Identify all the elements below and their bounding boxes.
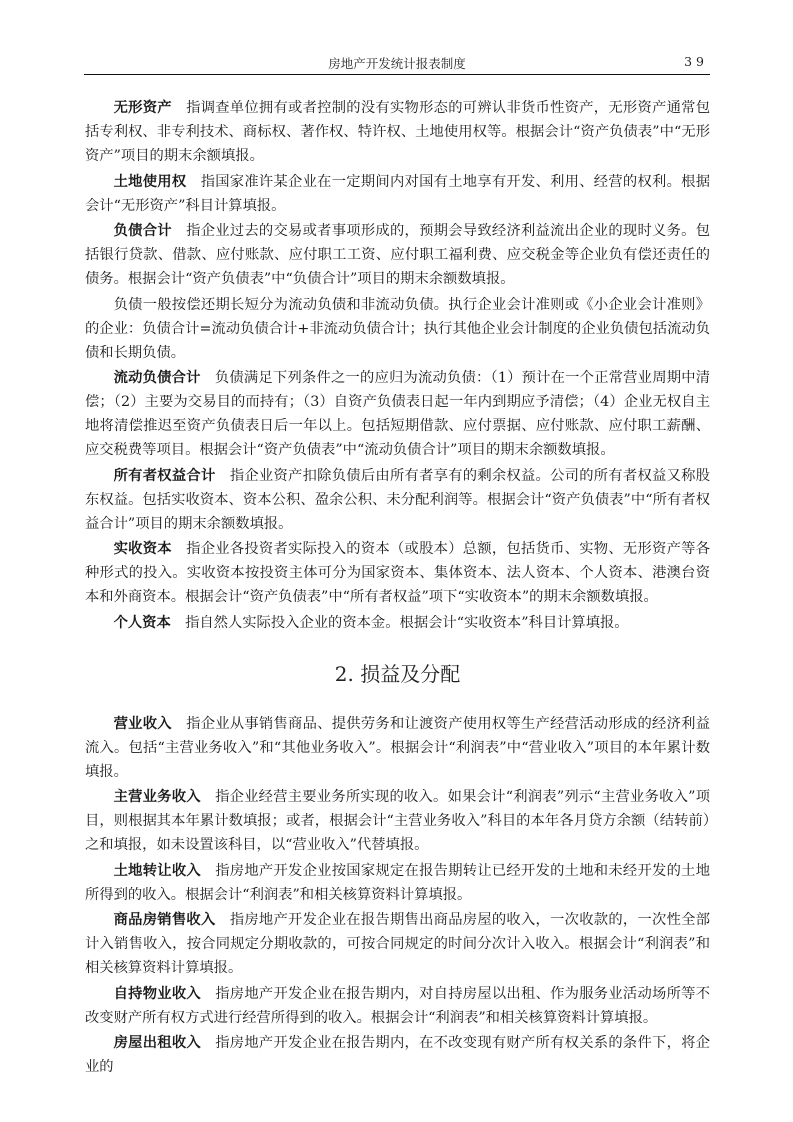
definition-term: 实收资本 <box>114 541 172 557</box>
section-balance-sheet-items: 无形资产指调查单位拥有或者控制的没有实物形态的可辨认非货币性资产，无形资产通常包… <box>85 96 710 635</box>
definition-text: 指企业各投资者实际投入的资本（或股本）总额，包括货币、实物、无形资产等各种形式的… <box>85 541 710 605</box>
definition-text: 指企业从事销售商品、提供劳务和让渡资产使用权等生产经营活动形成的经济利益流入。包… <box>85 716 710 780</box>
definition-paragraph: 营业收入指企业从事销售商品、提供劳务和让渡资产使用权等生产经营活动形成的经济利益… <box>85 712 710 784</box>
definition-term: 所有者权益合计 <box>114 468 216 484</box>
definition-paragraph: 商品房销售收入指房地产开发企业在报告期售出商品房屋的收入，一次收款的，一次性全部… <box>85 908 710 980</box>
definition-term: 个人资本 <box>114 615 171 631</box>
definition-paragraph: 房屋出租收入指房地产开发企业在报告期内，在不改变现有财产所有权关系的条件下，将企… <box>85 1031 710 1079</box>
definition-paragraph: 土地转让收入指房地产开发企业按国家规定在报告期转让已经开发的土地和未经开发的土地… <box>85 859 710 907</box>
definition-text: 指企业过去的交易或者事项形成的，预期会导致经济利益流出企业的现时义务。包括银行贷… <box>85 223 710 287</box>
page-number: 39 <box>684 54 708 69</box>
definition-term: 土地使用权 <box>114 174 187 190</box>
definition-text: 指调查单位拥有或者控制的没有实物形态的可辨认非货币性资产，无形资产通常包括专利权… <box>85 100 710 164</box>
definition-term: 无形资产 <box>114 100 172 116</box>
definition-text: 指自然人实际投入企业的资本金。根据会计“实收资本”科目计算填报。 <box>185 615 629 631</box>
definition-paragraph: 土地使用权指国家准许某企业在一定期间内对国有土地享有开发、利用、经营的权利。根据… <box>85 170 710 218</box>
definition-paragraph: 自持物业收入指房地产开发企业在报告期内，对自持房屋以出租、作为服务业活动场所等不… <box>85 982 710 1030</box>
definition-paragraph: 流动负债合计负债满足下列条件之一的应归为流动负债：（1）预计在一个正常营业周期中… <box>85 366 710 462</box>
definition-text: 负债一般按偿还期长短分为流动负债和非流动负债。执行企业会计准则或《小企业会计准则… <box>85 297 710 361</box>
definition-paragraph: 个人资本指自然人实际投入企业的资本金。根据会计“实收资本”科目计算填报。 <box>85 611 710 635</box>
definition-term: 负债合计 <box>114 223 172 239</box>
page-content: 无形资产指调查单位拥有或者控制的没有实物形态的可辨认非货币性资产，无形资产通常包… <box>85 96 710 1081</box>
definition-paragraph: 无形资产指调查单位拥有或者控制的没有实物形态的可辨认非货币性资产，无形资产通常包… <box>85 96 710 168</box>
section-profit-items: 营业收入指企业从事销售商品、提供劳务和让渡资产使用权等生产经营活动形成的经济利益… <box>85 712 710 1080</box>
definition-paragraph: 主营业务收入指企业经营主要业务所实现的收入。如果会计“利润表”列示“主营业务收入… <box>85 785 710 857</box>
section-heading: 2. 损益及分配 <box>85 659 710 689</box>
definition-term: 商品房销售收入 <box>114 912 216 928</box>
definition-term: 流动负债合计 <box>114 370 201 386</box>
definition-term: 主营业务收入 <box>114 789 201 805</box>
definition-paragraph: 实收资本指企业各投资者实际投入的资本（或股本）总额，包括货币、实物、无形资产等各… <box>85 537 710 609</box>
header-title: 房地产开发统计报表制度 <box>84 54 710 72</box>
definition-paragraph: 所有者权益合计指企业资产扣除负债后由所有者享有的剩余权益。公司的所有者权益又称股… <box>85 464 710 536</box>
definition-paragraph: 负债合计指企业过去的交易或者事项形成的，预期会导致经济利益流出企业的现时义务。包… <box>85 219 710 291</box>
definition-term: 自持物业收入 <box>114 986 201 1002</box>
page-header: 房地产开发统计报表制度 39 <box>84 52 710 75</box>
definition-term: 土地转让收入 <box>114 863 201 879</box>
definition-term: 房屋出租收入 <box>114 1035 201 1051</box>
definition-paragraph: 负债一般按偿还期长短分为流动负债和非流动负债。执行企业会计准则或《小企业会计准则… <box>85 293 710 365</box>
definition-term: 营业收入 <box>114 716 172 732</box>
